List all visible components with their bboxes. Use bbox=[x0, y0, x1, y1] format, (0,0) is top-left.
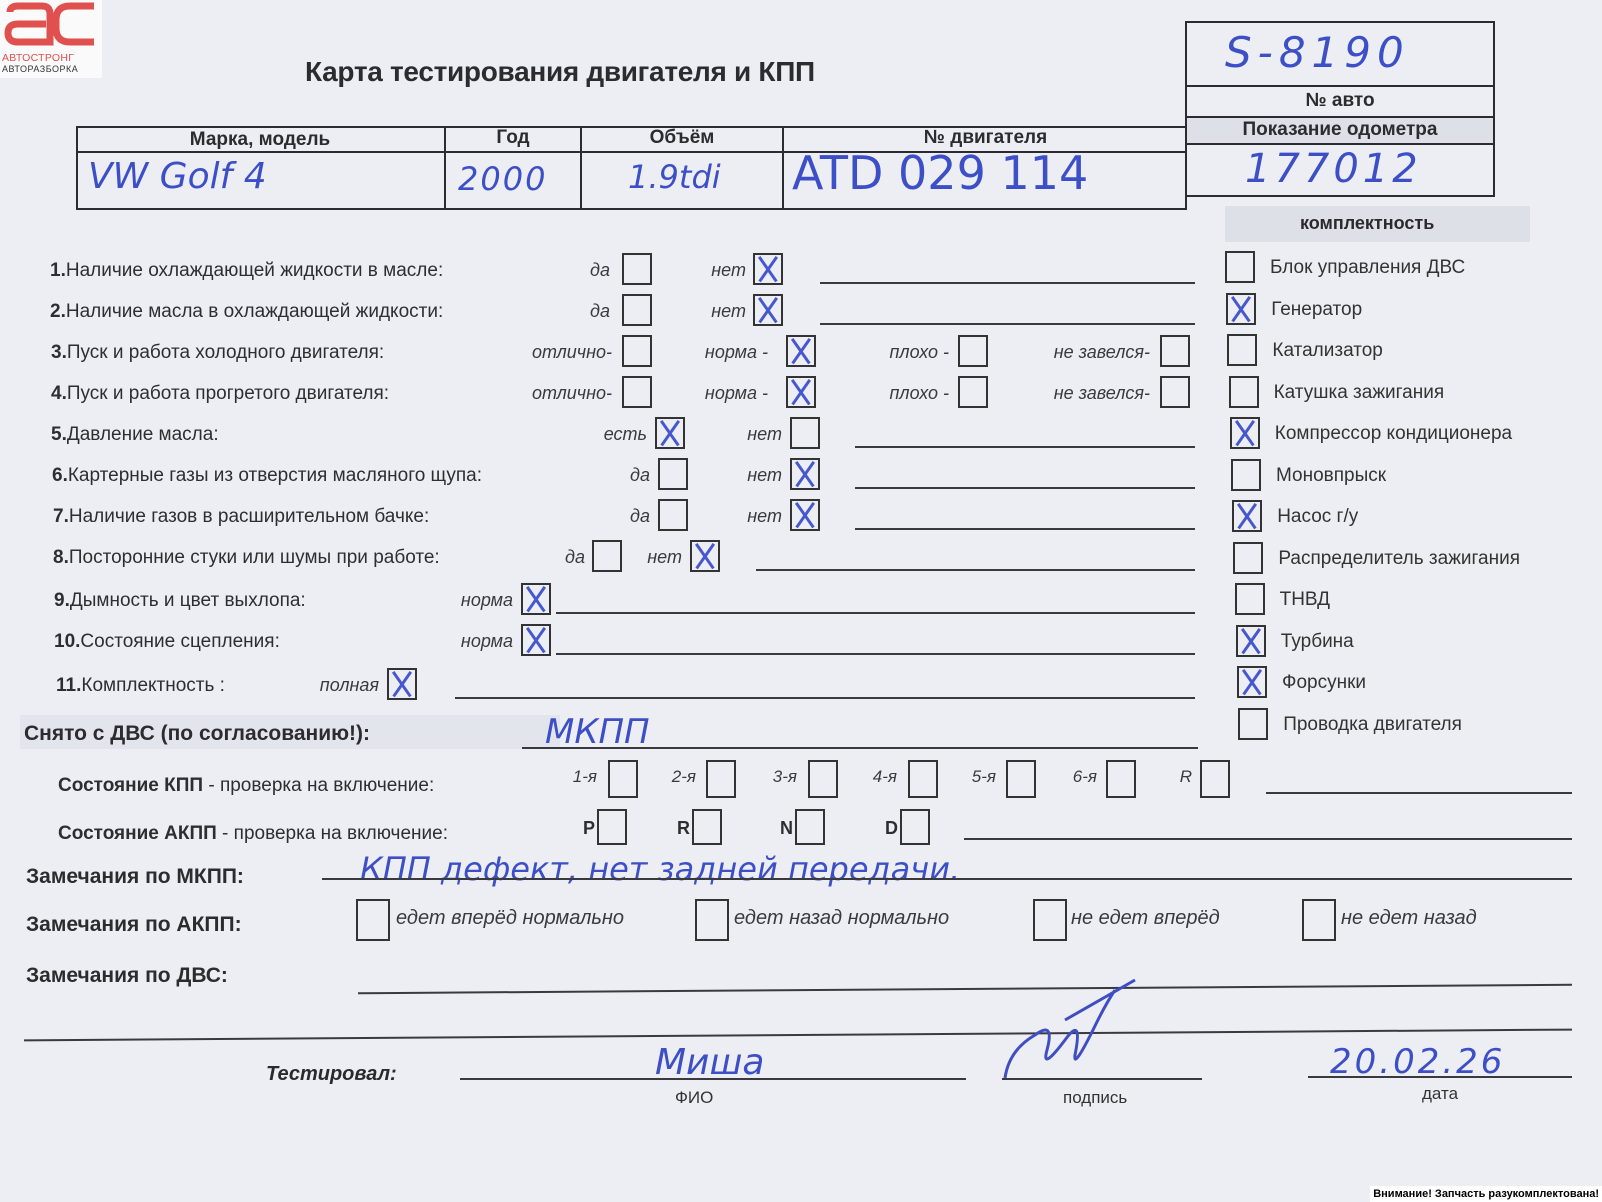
manual-gearbox-label: Состояние КПП - проверка на включение: bbox=[58, 775, 434, 797]
notes-line[interactable] bbox=[855, 528, 1195, 530]
option-label: есть bbox=[604, 424, 647, 445]
question-5: 5.Давление масла: bbox=[51, 424, 219, 446]
question-2: 2.Наличие масла в охлаждающей жидкости: bbox=[50, 301, 443, 323]
mode-checkbox[interactable] bbox=[900, 809, 930, 845]
checkbox-4-2[interactable] bbox=[786, 376, 816, 408]
name-caption: ФИО bbox=[675, 1088, 713, 1108]
checkbox-10-1[interactable] bbox=[521, 624, 551, 656]
option-label: плохо - bbox=[890, 383, 949, 404]
gear-label: 3-я bbox=[773, 767, 797, 787]
kit-item-label: Катализатор bbox=[1272, 340, 1382, 362]
checkbox-2-1[interactable] bbox=[622, 294, 652, 326]
kit-checkbox[interactable] bbox=[1229, 376, 1259, 408]
option-label: нет bbox=[747, 465, 782, 486]
odometer-label: Показание одометра bbox=[1185, 119, 1495, 141]
kit-checkbox[interactable] bbox=[1226, 293, 1256, 325]
date-line bbox=[1308, 1076, 1572, 1078]
mode-label: D bbox=[885, 818, 898, 839]
checkbox-3-3[interactable] bbox=[958, 335, 988, 367]
gear-label: 2-я bbox=[672, 767, 696, 787]
remarks-manual-label: Замечания по МКПП: bbox=[26, 865, 244, 889]
kit-item-label: Компрессор кондиционера bbox=[1275, 423, 1512, 445]
checkbox-1-1[interactable] bbox=[622, 253, 652, 285]
checkbox-3-2[interactable] bbox=[786, 335, 816, 367]
option-label: не завелся- bbox=[1054, 383, 1150, 404]
kit-checkbox[interactable] bbox=[1238, 708, 1268, 740]
auto-remark-label: не едет вперёд bbox=[1071, 907, 1220, 930]
option-label: норма - bbox=[705, 383, 768, 404]
mode-label: N bbox=[780, 818, 793, 839]
kit-item-label: Проводка двигателя bbox=[1283, 714, 1462, 736]
option-label: нет bbox=[747, 424, 782, 445]
removed-line bbox=[522, 747, 1198, 749]
signature-line bbox=[1002, 1078, 1202, 1080]
page-title: Карта тестирования двигателя и КПП bbox=[305, 56, 815, 88]
manual-gearbox-line bbox=[1266, 792, 1572, 794]
checkbox-6-1[interactable] bbox=[658, 458, 688, 490]
gear-checkbox[interactable] bbox=[1006, 760, 1036, 798]
col-header-model: Марка, модель bbox=[76, 129, 444, 151]
remarks-auto-label: Замечания по АКПП: bbox=[26, 913, 242, 937]
notes-line[interactable] bbox=[820, 323, 1195, 325]
mode-checkbox[interactable] bbox=[795, 809, 825, 845]
completeness-title: комплектность bbox=[1300, 213, 1434, 234]
question-8: 8.Посторонние стуки или шумы при работе: bbox=[53, 547, 440, 569]
checkbox-8-2[interactable] bbox=[690, 540, 720, 572]
notes-line[interactable] bbox=[556, 653, 1195, 655]
gear-label: R bbox=[1180, 767, 1192, 787]
gear-label: 5-я bbox=[972, 767, 996, 787]
notes-line[interactable] bbox=[855, 487, 1195, 489]
logo-brand: АВТОСТРОНГ bbox=[2, 52, 74, 64]
volume-value[interactable]: 1.9tdi bbox=[628, 158, 721, 196]
model-value[interactable]: VW Golf 4 bbox=[88, 156, 267, 197]
divider bbox=[1185, 85, 1495, 87]
tester-name-value[interactable]: Миша bbox=[655, 1042, 764, 1083]
option-label: нет bbox=[711, 260, 746, 281]
auto-remark-label: едет вперёд нормально bbox=[396, 907, 624, 930]
notes-line[interactable] bbox=[556, 612, 1195, 614]
kit-item-label: Насос г/у bbox=[1277, 506, 1358, 528]
kit-checkbox[interactable] bbox=[1236, 625, 1266, 657]
mode-checkbox[interactable] bbox=[597, 809, 627, 845]
remarks-manual-value[interactable]: КПП дефект, нет задней передачи. bbox=[360, 850, 960, 888]
kit-item-label: Распределитель зажигания bbox=[1278, 548, 1520, 570]
remarks-engine-line[interactable] bbox=[358, 984, 1572, 994]
auto-gearbox-line bbox=[964, 838, 1572, 840]
divider bbox=[1185, 143, 1495, 145]
kit-item-label: Турбина bbox=[1281, 631, 1354, 653]
removed-label: Снято с ДВС (по согласованию!): bbox=[24, 722, 370, 746]
checkbox-9-1[interactable] bbox=[521, 583, 551, 615]
option-label: отлично- bbox=[532, 342, 612, 363]
gear-label: 4-я bbox=[873, 767, 897, 787]
checkbox-3-1[interactable] bbox=[622, 335, 652, 367]
kit-checkbox[interactable] bbox=[1233, 542, 1263, 574]
remarks-engine-line-2 bbox=[24, 1029, 1572, 1041]
remarks-manual-line bbox=[322, 878, 1572, 880]
kit-item-label: Катушка зажигания bbox=[1274, 382, 1445, 404]
option-label: да bbox=[630, 465, 650, 486]
option-label: норма bbox=[461, 590, 513, 611]
gear-checkbox[interactable] bbox=[1200, 760, 1230, 798]
date-caption: дата bbox=[1422, 1084, 1458, 1104]
question-11: 11.Комплектность : bbox=[56, 675, 225, 697]
question-7: 7.Наличие газов в расширительном бачке: bbox=[53, 506, 429, 528]
gear-checkbox[interactable] bbox=[908, 760, 938, 798]
question-4: 4.Пуск и работа прогретого двигателя: bbox=[51, 383, 389, 405]
signature-caption: подпись bbox=[1063, 1088, 1127, 1108]
gear-checkbox[interactable] bbox=[706, 760, 736, 798]
question-3: 3.Пуск и работа холодного двигателя: bbox=[51, 342, 384, 364]
checkbox-7-2[interactable] bbox=[790, 499, 820, 531]
remarks-engine-label: Замечания по ДВС: bbox=[26, 964, 228, 988]
option-label: не завелся- bbox=[1054, 342, 1150, 363]
checkbox-2-2[interactable] bbox=[753, 294, 783, 326]
auto-remark-label: едет назад нормально bbox=[734, 907, 949, 930]
mode-checkbox[interactable] bbox=[692, 809, 722, 845]
option-label: норма bbox=[461, 631, 513, 652]
option-label: да bbox=[590, 260, 610, 281]
kit-item-label: Блок управления ДВС bbox=[1270, 257, 1465, 279]
kit-checkbox[interactable] bbox=[1225, 251, 1255, 283]
auto-remark-checkbox[interactable] bbox=[1033, 899, 1067, 941]
kit-checkbox[interactable] bbox=[1231, 459, 1261, 491]
option-label: да bbox=[590, 301, 610, 322]
kit-item-label: Форсунки bbox=[1282, 672, 1366, 694]
option-label: нет bbox=[711, 301, 746, 322]
col-header-year: Год bbox=[446, 127, 580, 149]
kit-checkbox[interactable] bbox=[1227, 334, 1257, 366]
option-label: нет bbox=[747, 506, 782, 527]
divider bbox=[1185, 116, 1495, 118]
kit-item-label: Генератор bbox=[1271, 299, 1362, 321]
checkbox-4-1[interactable] bbox=[622, 376, 652, 408]
auto-remark-label: не едет назад bbox=[1341, 907, 1477, 930]
notes-line[interactable] bbox=[756, 569, 1195, 571]
kit-checkbox[interactable] bbox=[1237, 666, 1267, 698]
odometer-value[interactable]: 177012 bbox=[1245, 146, 1422, 192]
gear-checkbox[interactable] bbox=[1106, 760, 1136, 798]
gear-checkbox[interactable] bbox=[608, 760, 638, 798]
option-label: полная bbox=[320, 675, 379, 696]
question-10: 10.Состояние сцепления: bbox=[54, 631, 280, 653]
option-label: да bbox=[565, 547, 585, 568]
option-label: отлично- bbox=[532, 383, 612, 404]
kit-checkbox[interactable] bbox=[1230, 417, 1260, 449]
year-value[interactable]: 2000 bbox=[458, 160, 547, 198]
option-label: плохо - bbox=[890, 342, 949, 363]
removed-value[interactable]: МКПП bbox=[545, 712, 650, 752]
logo-subtitle: АВТОРАЗБОРКА bbox=[2, 64, 78, 74]
mode-label: R bbox=[677, 818, 690, 839]
company-logo: АВТОСТРОНГ АВТОРАЗБОРКА bbox=[0, 0, 102, 78]
logo-ac-icon bbox=[4, 2, 98, 46]
kit-checkbox[interactable] bbox=[1235, 583, 1265, 615]
kit-checkbox[interactable] bbox=[1232, 500, 1262, 532]
checkbox-8-1[interactable] bbox=[592, 540, 622, 572]
checkbox-11-1[interactable] bbox=[387, 668, 417, 700]
question-9: 9.Дымность и цвет выхлопа: bbox=[54, 590, 306, 612]
auto-remark-checkbox[interactable] bbox=[1302, 899, 1336, 941]
option-label: норма - bbox=[705, 342, 768, 363]
checkbox-5-1[interactable] bbox=[655, 417, 685, 449]
gear-label: 6-я bbox=[1073, 767, 1097, 787]
question-6: 6.Картерные газы из отверстия масляного … bbox=[52, 465, 482, 487]
option-label: нет bbox=[647, 547, 682, 568]
warning-label: Внимание! Запчасть разукомплектована! bbox=[1370, 1186, 1602, 1202]
auto-remark-checkbox[interactable] bbox=[695, 899, 729, 941]
tested-label: Тестировал: bbox=[266, 1063, 397, 1086]
auto-number-label: № авто bbox=[1185, 90, 1495, 112]
auto-remark-checkbox[interactable] bbox=[356, 899, 390, 941]
checkbox-3-4[interactable] bbox=[1160, 335, 1190, 367]
checkbox-7-1[interactable] bbox=[658, 499, 688, 531]
notes-line[interactable] bbox=[855, 446, 1195, 448]
auto-gearbox-label: Состояние АКПП - проверка на включение: bbox=[58, 823, 448, 845]
kit-item-label: Моновпрыск bbox=[1276, 465, 1386, 487]
col-header-volume: Объём bbox=[582, 127, 782, 149]
signature-icon bbox=[995, 960, 1155, 1085]
engine-no-value[interactable]: ATD 029 114 bbox=[792, 146, 1088, 200]
notes-line[interactable] bbox=[455, 697, 1195, 699]
question-1: 1.Наличие охлаждающей жидкости в масле: bbox=[50, 260, 443, 282]
auto-number-value[interactable]: S-8190 bbox=[1225, 28, 1410, 77]
gear-checkbox[interactable] bbox=[808, 760, 838, 798]
name-line bbox=[460, 1078, 966, 1080]
checkbox-4-4[interactable] bbox=[1160, 376, 1190, 408]
kit-item-label: ТНВД bbox=[1280, 589, 1330, 611]
notes-line[interactable] bbox=[820, 282, 1195, 284]
option-label: да bbox=[630, 506, 650, 527]
checkbox-6-2[interactable] bbox=[790, 458, 820, 490]
gear-label: 1-я bbox=[573, 767, 597, 787]
checkbox-5-2[interactable] bbox=[790, 417, 820, 449]
mode-label: P bbox=[583, 818, 595, 839]
checkbox-4-3[interactable] bbox=[958, 376, 988, 408]
checkbox-1-2[interactable] bbox=[753, 253, 783, 285]
